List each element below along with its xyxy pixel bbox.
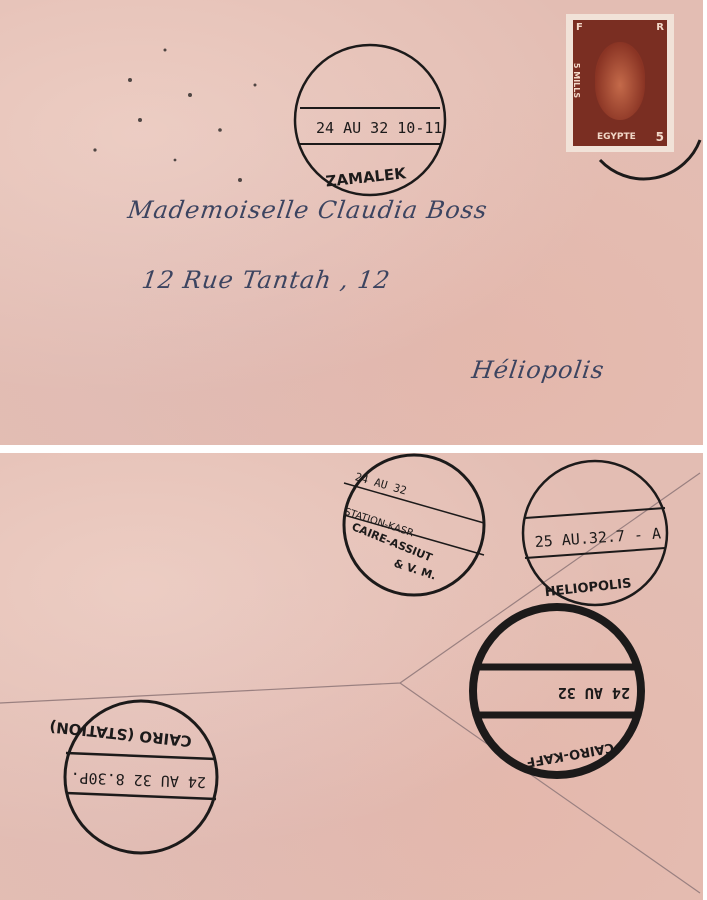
zamalek-postmark-date: 24 AU 32 10-11 (316, 119, 442, 137)
envelope-front: Mademoiselle Claudia Boss 12 Rue Tantah … (0, 0, 703, 445)
front-postmarks: 24 AU 32 10-11 ZAMALEK (0, 0, 703, 445)
heliopolis-postmark-place: HELIOPOLIS (544, 576, 632, 600)
railway-postmark-line-3: & V. M. (392, 557, 438, 583)
heliopolis-postmark-date: 25 AU.32.7 - A (534, 524, 661, 551)
back-postmarks: 24 AU 32 STATION-KASR CAIRE-ASSIUT & V. … (0, 453, 703, 900)
cairo-station-postmark-date: 24 AU 32 8.30P. (70, 769, 206, 792)
cairo-bold-postmark-date: 24 AU 32 (558, 684, 630, 702)
cairo-station-postmark-place: CAIRO (STATION) (49, 717, 193, 750)
envelope-back: 24 AU 32 STATION-KASR CAIRE-ASSIUT & V. … (0, 453, 703, 900)
zamalek-postmark-place: ZAMALEK (325, 164, 408, 190)
